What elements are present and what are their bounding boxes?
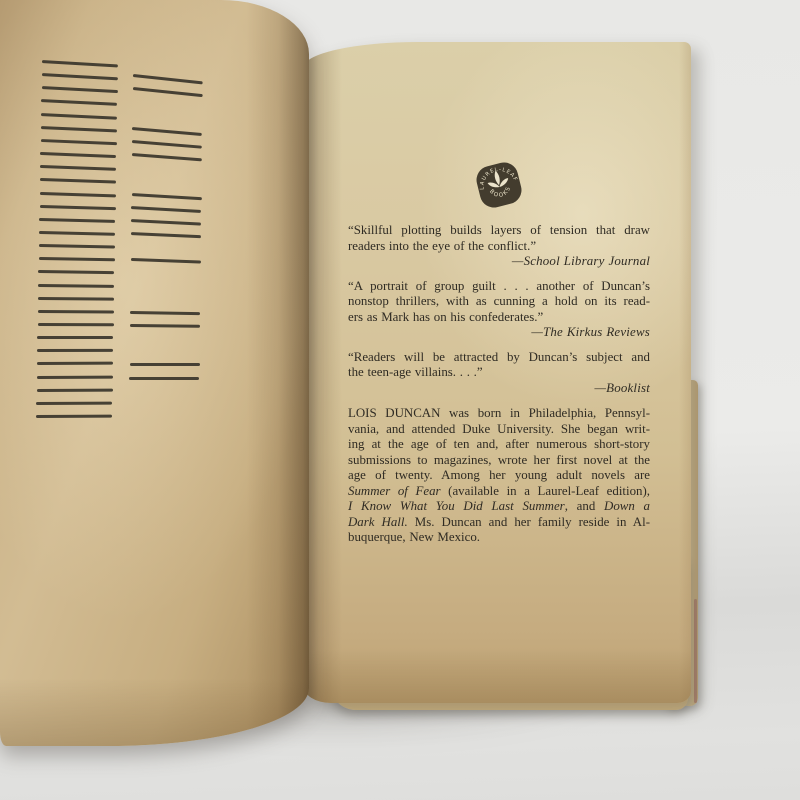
review-quote-line: readers into the eye of the conflict.” — [348, 239, 650, 255]
deco-line — [36, 401, 112, 404]
cover-edge — [694, 599, 697, 703]
author-bio-line: vania, and attended Duke University. She… — [348, 422, 650, 438]
author-bio-line: buquerque, New Mexico. — [348, 530, 650, 546]
right-page: LAUREL-LEAF BOOKS “Skillful plotting bui… — [303, 42, 691, 703]
deco-line — [40, 165, 116, 171]
author-bio: LOIS DUNCAN was born in Philadelphia, Pe… — [348, 406, 650, 546]
review-quote: “A portrait of group guilt . . . another… — [348, 279, 650, 341]
deco-line — [129, 377, 199, 380]
deco-line — [38, 270, 114, 274]
laurel-leaf-logo: LAUREL-LEAF BOOKS — [476, 162, 522, 208]
deco-line — [39, 218, 115, 223]
review-quotes: “Skillful plotting builds layers of tens… — [348, 223, 650, 546]
review-quote-line: nonstop thrillers, with as cunning a hol… — [348, 294, 650, 310]
deco-line — [41, 99, 117, 106]
review-quote-line: the teen-age villains. . . .” — [348, 365, 650, 381]
deco-line — [41, 139, 117, 145]
deco-line — [37, 336, 113, 339]
review-quote: “Skillful plotting builds layers of tens… — [348, 223, 650, 270]
author-bio-line: Dark Hall. Ms. Duncan and her family res… — [348, 515, 650, 531]
deco-line — [42, 60, 118, 68]
deco-line — [37, 362, 113, 365]
deco-line — [41, 86, 117, 93]
quote-attribution: —Booklist — [348, 381, 650, 397]
deco-line — [40, 205, 116, 210]
deco-line — [40, 152, 116, 158]
deco-line — [131, 193, 201, 200]
deco-line — [40, 178, 116, 184]
deco-line — [132, 140, 202, 149]
left-page — [0, 0, 309, 746]
quote-attribution: —The Kirkus Reviews — [348, 325, 650, 341]
deco-line — [39, 231, 115, 236]
deco-line — [131, 258, 201, 264]
deco-line — [37, 375, 113, 378]
review-quote-line: ers as Mark has on his confederates.” — [348, 310, 650, 326]
author-bio-line: ing at the age of ten and, after numerou… — [348, 437, 650, 453]
author-bio-line: Summer of Fear (available in a Laurel-Le… — [348, 484, 650, 500]
author-bio-line: age of twenty. Among her young adult nov… — [348, 468, 650, 484]
deco-line — [133, 87, 203, 97]
deco-line — [131, 206, 201, 213]
deco-line — [133, 74, 203, 84]
deco-line — [131, 232, 201, 238]
deco-line — [38, 284, 114, 288]
review-quote: “Readers will be attracted by Duncan’s s… — [348, 350, 650, 397]
author-bio-line: LOIS DUNCAN was born in Philadelphia, Pe… — [348, 406, 650, 422]
review-quote-line: “Skillful plotting builds layers of tens… — [348, 223, 650, 239]
deco-line — [37, 349, 113, 352]
deco-line — [38, 323, 114, 326]
author-bio-line: submissions to magazines, wrote her firs… — [348, 453, 650, 469]
deco-line — [42, 73, 118, 80]
open-book-photo: LAUREL-LEAF BOOKS “Skillful plotting bui… — [0, 0, 800, 800]
deco-line — [39, 244, 115, 249]
deco-line — [131, 219, 201, 226]
review-quote-line: “A portrait of group guilt . . . another… — [348, 279, 650, 295]
deco-line — [40, 192, 116, 197]
deco-line — [36, 415, 112, 418]
quote-attribution: —School Library Journal — [348, 254, 650, 270]
deco-line — [130, 363, 200, 366]
deco-line — [41, 113, 117, 120]
deco-line — [39, 257, 115, 261]
deco-line — [132, 153, 202, 161]
deco-line — [38, 297, 114, 301]
deco-line — [41, 126, 117, 132]
deco-line — [36, 388, 112, 391]
deco-line — [130, 324, 200, 328]
deco-line — [130, 311, 200, 315]
review-quote-line: “Readers will be attracted by Duncan’s s… — [348, 350, 650, 366]
deco-line — [132, 127, 202, 136]
deco-line — [38, 310, 114, 313]
right-page-content: LAUREL-LEAF BOOKS “Skillful plotting bui… — [348, 42, 650, 546]
author-bio-line: I Know What You Did Last Summer, and Dow… — [348, 499, 650, 515]
